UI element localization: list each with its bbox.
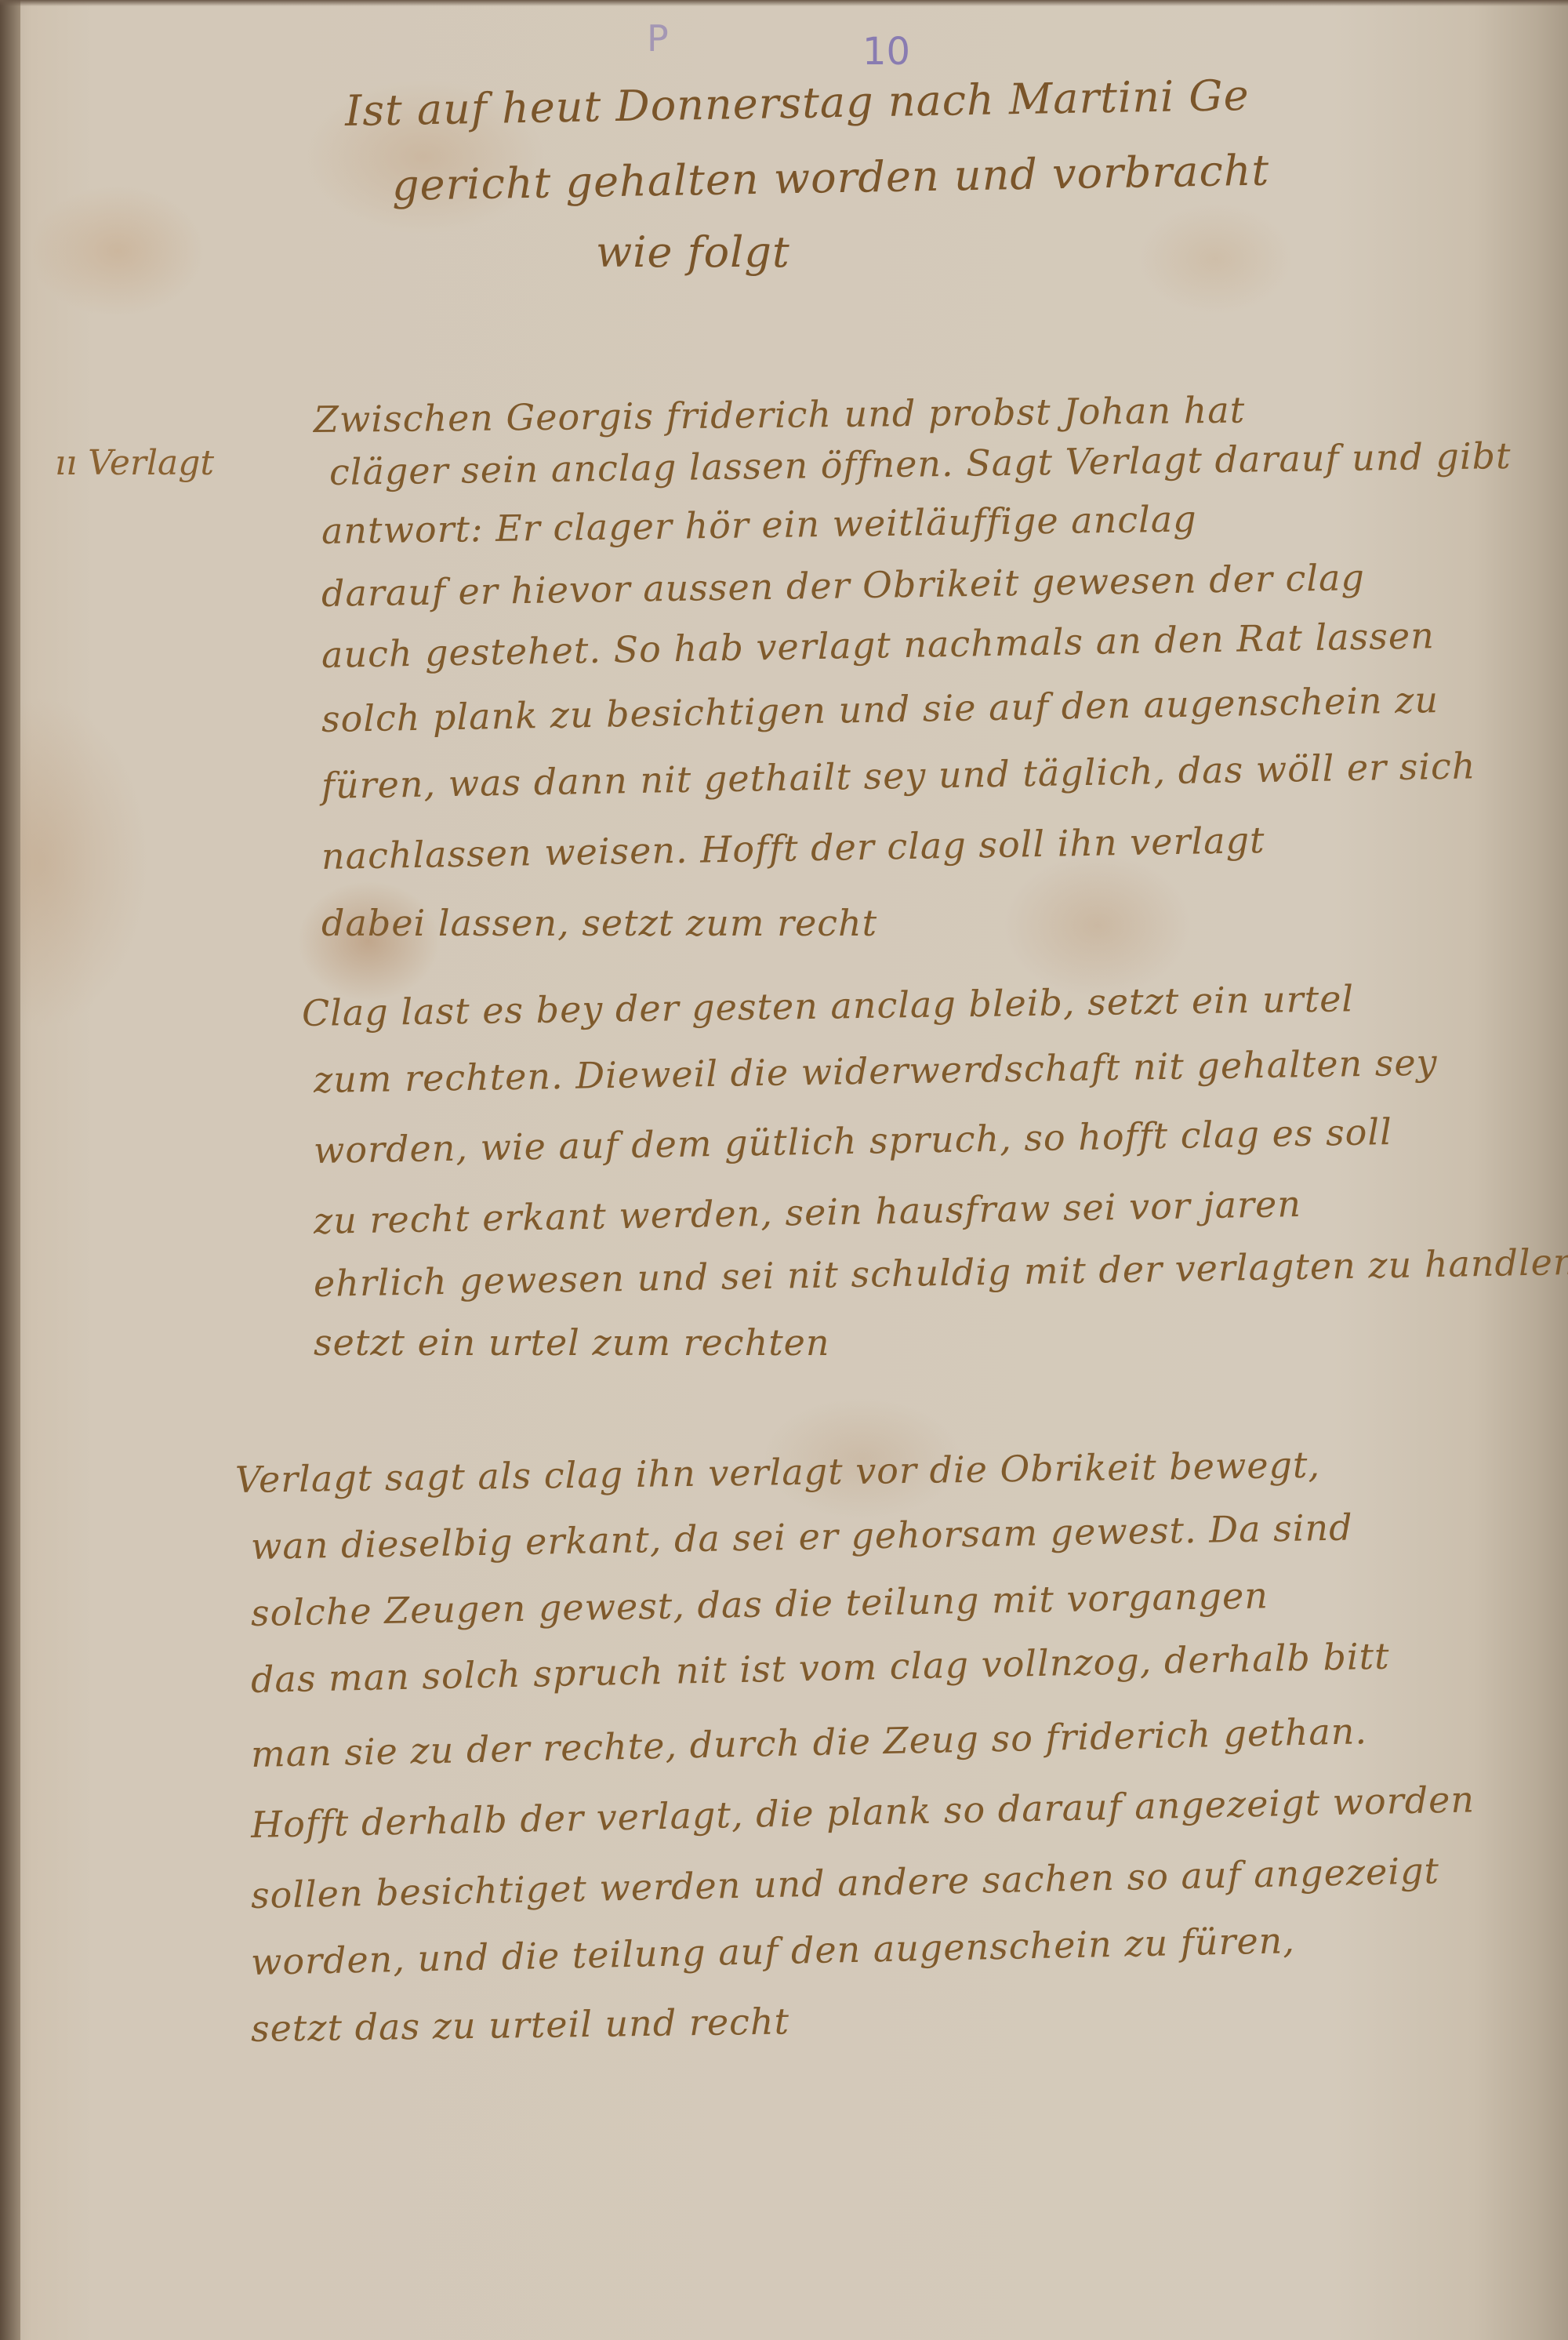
- body-line: setzt ein urtel zum rechten: [314, 1321, 830, 1364]
- manuscript-page: P 10 ıı Verlagt Ist auf heut Donnerstag …: [0, 0, 1568, 2340]
- body-line: sollen besichtiget werden und andere sac…: [250, 1849, 1439, 1917]
- body-line: das man solch spruch nit ist vom clag vo…: [250, 1635, 1390, 1701]
- body-line: nachlassen weisen. Hofft der clag soll i…: [321, 819, 1265, 877]
- margin-note: ıı Verlagt: [55, 443, 214, 483]
- body-line: ehrlich gewesen und sei nit schuldig mit…: [314, 1241, 1568, 1305]
- page-binding-edge: [0, 0, 20, 2340]
- body-line: Clag last es bey der gesten anclag bleib…: [302, 977, 1355, 1034]
- page-top-edge: [0, 0, 1568, 6]
- body-line: antwort: Er clager hör ein weitläuffige …: [321, 497, 1197, 552]
- body-line: cläger sein anclag lassen öffnen. Sagt V…: [329, 434, 1512, 493]
- body-line: Hofft derhalb der verlagt, die plank so …: [250, 1778, 1475, 1846]
- body-line: worden, und die teilung auf den augensch…: [250, 1919, 1295, 1983]
- pencil-mark: P: [647, 17, 669, 60]
- body-line: darauf er hievor aussen der Obrikeit gew…: [321, 556, 1366, 615]
- body-line: solche Zeugen gewest, das die teilung mi…: [251, 1574, 1269, 1634]
- heading-line: Ist auf heut Donnerstag nach Martini Ge: [344, 71, 1250, 136]
- body-line: Zwischen Georgis friderich und probst Jo…: [314, 389, 1246, 441]
- body-line: worden, wie auf dem gütlich spruch, so h…: [314, 1110, 1393, 1172]
- body-line: dabei lassen, setzt zum recht: [321, 902, 877, 944]
- body-line: zu recht erkant werden, sein hausfraw se…: [314, 1183, 1302, 1242]
- body-line: auch gestehet. So hab verlagt nachmals a…: [321, 614, 1436, 676]
- body-line: zum rechten. Dieweil die widerwerdschaft…: [314, 1041, 1438, 1101]
- body-line: solch plank zu besichtigen und sie auf d…: [321, 678, 1439, 740]
- folio-number: 10: [862, 30, 910, 74]
- heading-line: gericht gehalten worden und vorbracht: [391, 145, 1269, 210]
- body-line: setzt das zu urteil und recht: [251, 2000, 790, 2050]
- body-line: wan dieselbig erkant, da sei er gehorsam…: [251, 1506, 1353, 1568]
- heading-line: wie folgt: [596, 227, 790, 277]
- body-line: Verlagt sagt als clag ihn verlagt vor di…: [235, 1444, 1321, 1501]
- body-line: man sie zu der rechte, durch die Zeug so…: [250, 1710, 1367, 1775]
- body-line: füren, was dann nit gethailt sey und täg…: [321, 744, 1476, 807]
